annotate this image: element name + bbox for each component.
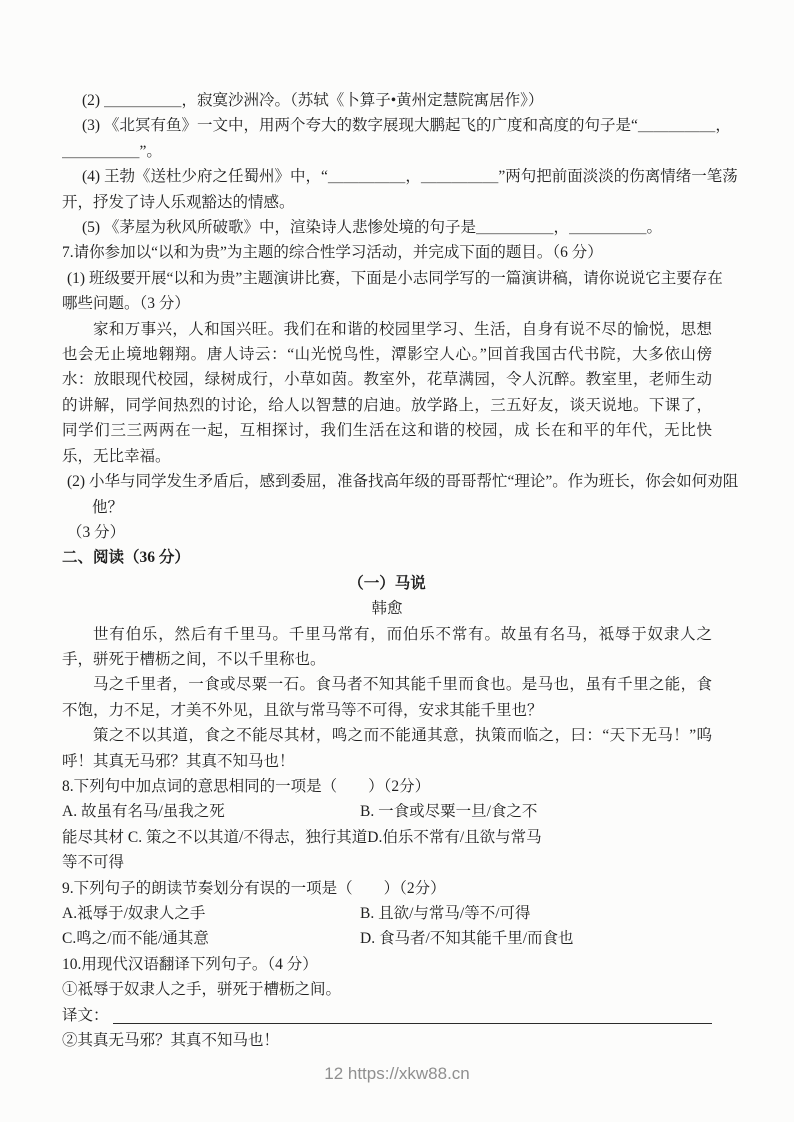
- question-10-translation-row: 译文：: [62, 1003, 712, 1028]
- question-9-option-a: A.祗辱于/奴隶人之手: [62, 901, 360, 926]
- translation-label: 译文：: [62, 1003, 109, 1028]
- question-9-options-row-ab: A.祗辱于/奴隶人之手B. 且欲/与常马/等不/可得: [62, 901, 712, 926]
- speech-draft-paragraph: 家和万事兴，人和国兴旺。我们在和谐的校园里学习、生活，自身有说不尽的愉悦，思想也…: [62, 317, 712, 469]
- question-8-option-b: B. 一食或尽粟一旦/食之不: [360, 803, 537, 820]
- question-9-options-row-cd: C.鸣之/而不能/通其意D. 食马者/不知其能千里/而食也: [62, 926, 712, 951]
- passage-author: 韩愈: [62, 596, 712, 621]
- question-7-sub2-line2: 他？: [62, 495, 712, 520]
- question-7-sub1-line1: (1) 班级要开展“以和为贵”主题演讲比赛，下面是小志同学写的一篇演讲稿，请你说…: [62, 266, 712, 291]
- exam-paper-page: (2) ＿＿＿＿＿，寂寞沙洲冷。（苏轼《卜算子•黄州定慧院寓居作》） (3) 《…: [0, 0, 794, 1122]
- fill-in-item-4-line2: 开，抒发了诗人乐观豁达的情感。: [62, 190, 712, 215]
- question-8-options-wrap2: 等不可得: [62, 850, 712, 875]
- passage-paragraph-1: 世有伯乐，然后有千里马。千里马常有，而伯乐不常有。故虽有名马，祗辱于奴隶人之手，…: [62, 622, 712, 673]
- question-7-stem: 7.请你参加以“以和为贵”为主题的综合性学习活动，并完成下面的题目。（6 分）: [62, 240, 712, 265]
- question-10-sentence-1: ①祗辱于奴隶人之手，骈死于槽枥之间。: [62, 977, 712, 1002]
- question-8-option-a: A. 故虽有名马/虽我之死: [62, 799, 360, 824]
- question-10-stem: 10.用现代汉语翻译下列句子。（4 分）: [62, 952, 712, 977]
- question-9-option-c: C.鸣之/而不能/通其意: [62, 926, 360, 951]
- question-9-option-b: B. 且欲/与常马/等不/可得: [360, 905, 531, 922]
- question-7-sub1-line2: 哪些问题。（3 分）: [62, 291, 712, 316]
- question-7-sub2-line1: (2) 小华与同学发生矛盾后，感到委屈，准备找高年级的哥哥帮忙“理论”。作为班长…: [62, 469, 712, 494]
- fill-in-item-5: (5) 《茅屋为秋风所破歌》中，渲染诗人悲惨处境的句子是＿＿＿＿＿，＿＿＿＿＿。: [62, 215, 712, 240]
- question-7-sub2-score: （3 分）: [62, 520, 712, 545]
- question-10-sentence-2: ②其真无马邪？其真不知马也！: [62, 1028, 712, 1053]
- passage-paragraph-3: 策之不以其道，食之不能尽其材，鸣之而不能通其意，执策而临之，曰：“天下无马！”呜…: [62, 723, 712, 774]
- fill-in-item-4-line1: (4) 王勃《送杜少府之任蜀州》中，“＿＿＿＿＿，＿＿＿＿＿”两句把前面淡淡的伤…: [62, 164, 712, 189]
- exam-content: (2) ＿＿＿＿＿，寂寞沙洲冷。（苏轼《卜算子•黄州定慧院寓居作》） (3) 《…: [62, 88, 712, 1053]
- question-8-options-wrap1: 能尽其材 C. 策之不以其道/不得志，独行其道D.伯乐不常有/且欲与常马: [62, 825, 712, 850]
- fill-in-item-3-line1: (3) 《北冥有鱼》一文中，用两个夸大的数字展现大鹏起飞的广度和高度的句子是“＿…: [62, 113, 712, 138]
- fill-in-item-3-line2: ＿＿＿＿＿”。: [62, 139, 712, 164]
- passage-paragraph-2: 马之千里者，一食或尽粟一石。食马者不知其能千里而食也。是马也，虽有千里之能，食不…: [62, 672, 712, 723]
- answer-blank-line: [113, 1008, 712, 1025]
- question-9-stem: 9.下列句子的朗读节奏划分有误的一项是（ ）（2分）: [62, 876, 712, 901]
- question-9-option-d: D. 食马者/不知其能千里/而食也: [360, 930, 574, 947]
- passage-title: （一）马说: [62, 571, 712, 596]
- question-8-options-row: A. 故虽有名马/虽我之死B. 一食或尽粟一旦/食之不: [62, 799, 712, 824]
- page-footer: 12 https://xkw88.cn: [0, 1064, 794, 1084]
- fill-in-item-2: (2) ＿＿＿＿＿，寂寞沙洲冷。（苏轼《卜算子•黄州定慧院寓居作》）: [62, 88, 712, 113]
- question-8-stem: 8.下列句中加点词的意思相同的一项是（ ）（2分）: [62, 774, 712, 799]
- section-2-heading: 二、阅读（36 分）: [62, 545, 712, 570]
